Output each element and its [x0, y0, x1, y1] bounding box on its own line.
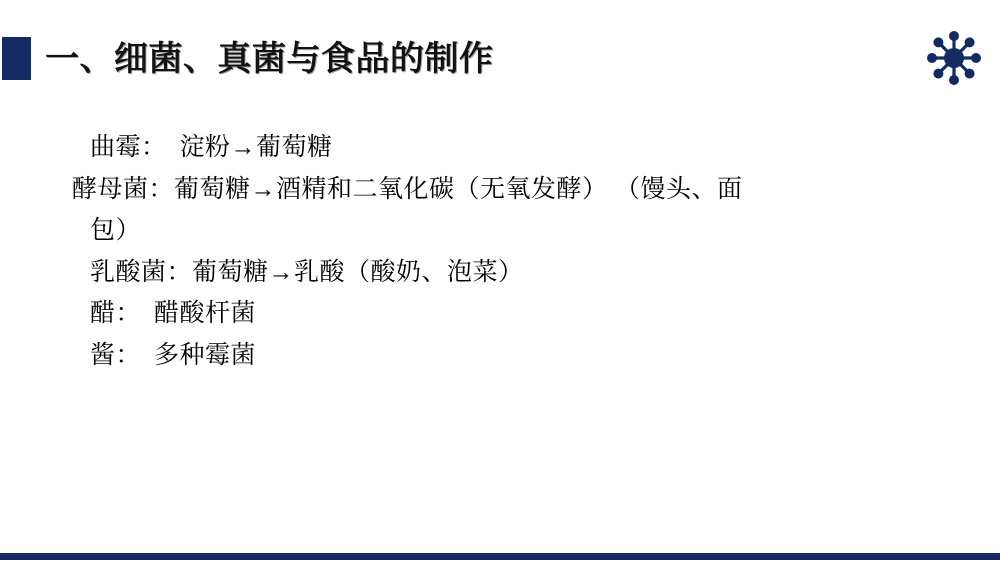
body-line-qumei: 曲霉： 淀粉→葡萄糖: [90, 127, 870, 169]
body-line-jiang: 酱： 多种霉菌: [90, 335, 870, 377]
presentation-slide: 一、细菌、真菌与食品的制作: [0, 0, 1000, 563]
slide-header: 一、细菌、真菌与食品的制作: [0, 0, 1000, 100]
virus-icon: [926, 30, 982, 86]
body-line-jiaomujun: 酵母菌：葡萄糖→酒精和二氧化碳（无氧发酵） （馒头、面: [72, 169, 870, 211]
slide-body: 曲霉： 淀粉→葡萄糖 酵母菌：葡萄糖→酒精和二氧化碳（无氧发酵） （馒头、面 包…: [90, 127, 870, 376]
body-line-rusuanjun: 乳酸菌：葡萄糖→乳酸（酸奶、泡菜）: [90, 252, 870, 294]
footer-accent-bar: [0, 553, 1000, 560]
body-line-cu: 醋： 醋酸杆菌: [90, 293, 870, 335]
page-title: 一、细菌、真菌与食品的制作: [45, 38, 494, 80]
title-accent-square: [2, 37, 31, 80]
body-line-bao: 包）: [90, 210, 870, 252]
